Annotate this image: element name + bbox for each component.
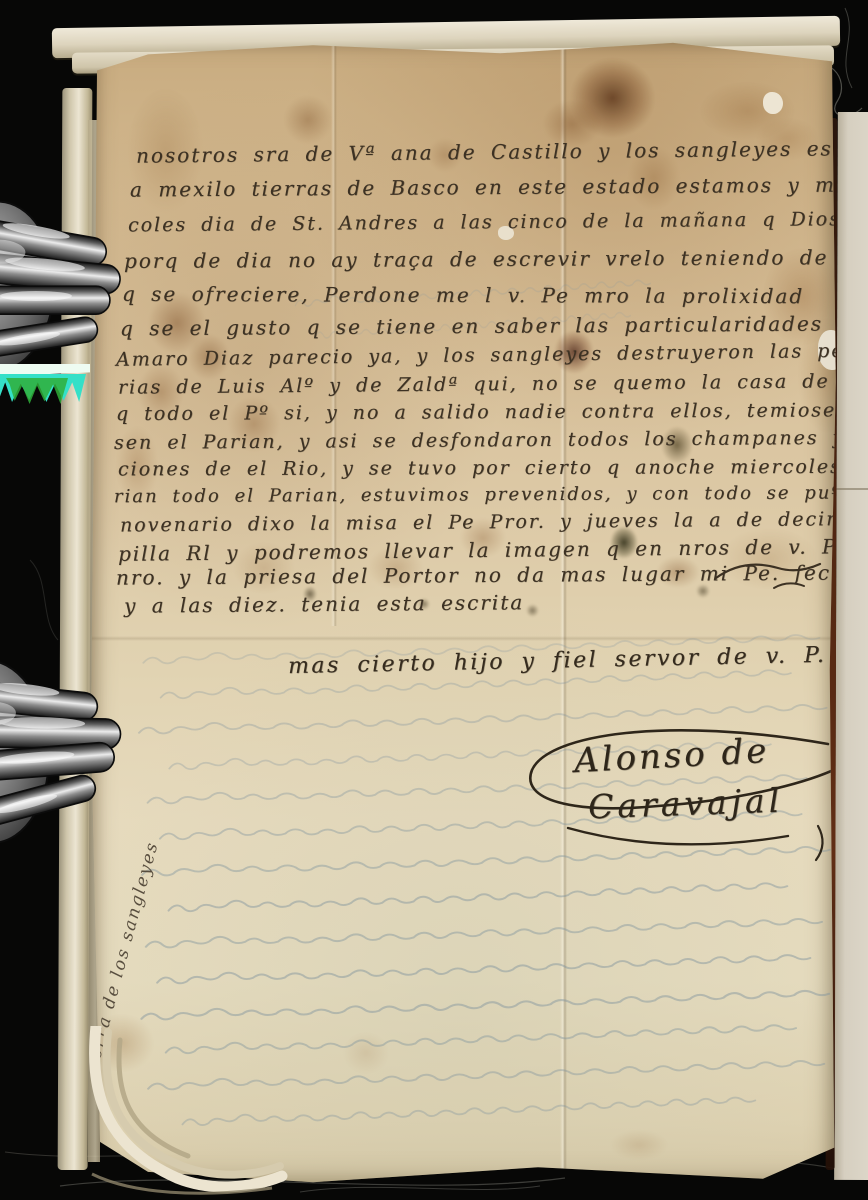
manuscript-line: Amaro Diaz parecio ya, y los sangleyes d… xyxy=(116,339,868,371)
manuscript-line: y a las diez. tenia esta escrita xyxy=(124,590,524,617)
closing-line: mas cierto hijo y fiel servor de v. P. X… xyxy=(288,642,868,679)
manuscript-line: nosotros sra de Vª ana de Castillo y los… xyxy=(136,136,833,167)
manuscript-line: porq de dia no ay traça de escrevir vrel… xyxy=(124,245,865,273)
manuscript-line: q todo el Pº si, y no a salido nadie con… xyxy=(116,399,868,425)
manuscript-page: nosotros sra de Vª ana de Castillo y los… xyxy=(88,36,838,1188)
manuscript-line: novenario dixo la misa el Pe Pror. y jue… xyxy=(120,508,868,537)
manuscript-line: coles dia de St. Andres a las cinco de l… xyxy=(128,208,868,237)
bottom-left-page-curl xyxy=(82,1026,292,1200)
manuscript-line: ciones de el Rio, y se tuvo por cierto q… xyxy=(118,456,868,481)
ink-flourish xyxy=(708,544,828,594)
page-holder-hand-bottom xyxy=(0,648,153,864)
manuscript-text: nosotros sra de Vª ana de Castillo y los… xyxy=(88,36,838,1188)
manuscript-line: a mexilo tierras de Basco en este estado… xyxy=(130,172,868,201)
adjacent-page-fold-line xyxy=(837,488,868,490)
manuscript-line: q se el gusto q se tiene en saber las pa… xyxy=(120,312,823,341)
signature-name-line2: Caravajal xyxy=(587,781,783,827)
adjacent-page xyxy=(834,112,868,1180)
manuscript-line: q se ofreciere, Perdone me l v. Pe mro l… xyxy=(122,282,804,308)
manuscript-line: rias de Luis Alº y de Zaldª qui, no se q… xyxy=(118,369,868,398)
manuscript-line: rian todo el Parian, estuvimos prevenido… xyxy=(114,482,868,508)
manuscript-line: sen el Parian, y asi se desfondaron todo… xyxy=(114,426,868,454)
